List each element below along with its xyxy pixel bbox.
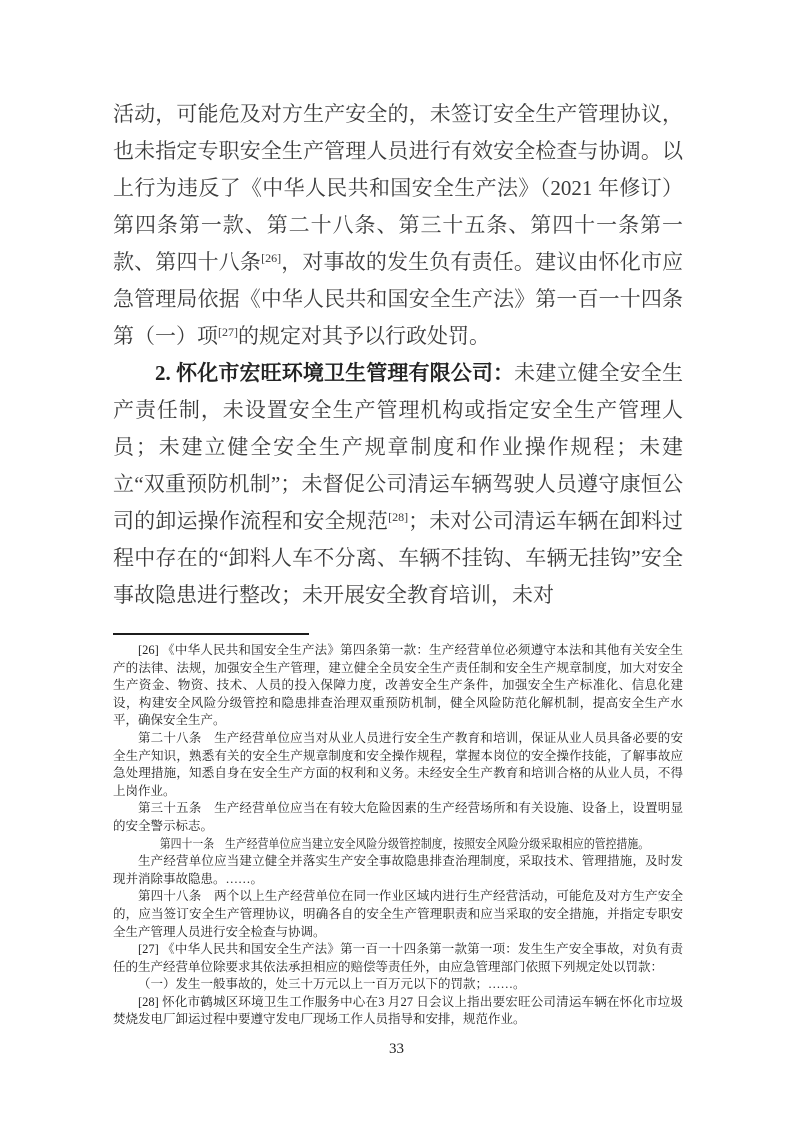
- footnote-26-paragraph-4-text: 第四十一条 生产经营单位应当建立安全风险分级管控制度，按照安全风险分级采取相应的…: [138, 836, 649, 854]
- footnote-26-paragraph-6: 第四十八条 两个以上生产经营单位在同一作业区域内进行生产经营活动，可能危及对方生…: [113, 888, 683, 941]
- footnote-28-paragraph-1: [28] 怀化市鹤城区环境卫生工作服务中心在3 月27 日会议上指出要宏旺公司清…: [113, 994, 683, 1029]
- footnote-ref-28: [28]: [388, 510, 408, 524]
- footnote-26-paragraph-2: 第二十八条 生产经营单位应当对从业人员进行安全生产教育和培训，保证从业人员具备必…: [113, 730, 683, 800]
- footnote-27-paragraph-2: （一）发生一般事故的，处三十万元以上一百万元以下的罚款；……。: [113, 976, 683, 994]
- footnote-26-paragraph-3: 第三十五条 生产经营单位应当在有较大危险因素的生产经营场所和有关设施、设备上，设…: [113, 800, 683, 835]
- company-name-heading: 2. 怀化市宏旺环境卫生管理有限公司：: [155, 361, 514, 385]
- footnote-26-paragraph-4: 第四十一条 生产经营单位应当建立安全风险分级管控制度，按照安全风险分级采取相应的…: [113, 836, 683, 854]
- footnote-26-paragraph-1: [26] 《中华人民共和国安全生产法》第四条第一款：生产经营单位必须遵守本法和其…: [113, 642, 683, 730]
- paragraph-company-2: 2. 怀化市宏旺环境卫生管理有限公司：未建立健全安全生产责任制，未设置安全生产管…: [113, 355, 683, 614]
- footnote-ref-27: [27]: [218, 325, 238, 339]
- document-page: 活动，可能危及对方生产安全的，未签订安全生产管理协议，也未指定专职安全生产管理人…: [0, 0, 793, 1122]
- main-text-block: 活动，可能危及对方生产安全的，未签订安全生产管理协议，也未指定专职安全生产管理人…: [113, 96, 683, 614]
- paragraph-responsibility: 活动，可能危及对方生产安全的，未签订安全生产管理协议，也未指定专职安全生产管理人…: [113, 96, 683, 355]
- footnote-ref-26: [26]: [261, 251, 281, 265]
- page-number: 33: [0, 1041, 793, 1058]
- footnotes-section: [26] 《中华人民共和国安全生产法》第四条第一款：生产经营单位必须遵守本法和其…: [113, 642, 683, 1029]
- footnote-27-paragraph-1: [27] 《中华人民共和国安全生产法》第一百一十四条第一款第一项：发生生产安全事…: [113, 941, 683, 976]
- para1-text-c: 的规定对其予以行政处罚。: [238, 324, 490, 348]
- para2-text-a: 未建立健全安全生产责任制，未设置安全生产管理机构或指定安全生产管理人员；未建立健…: [113, 361, 683, 533]
- para1-text-a: 活动，可能危及对方生产安全的，未签订安全生产管理协议，也未指定专职安全生产管理人…: [113, 102, 683, 274]
- footnote-separator-line: [113, 633, 309, 635]
- footnote-26-paragraph-5: 生产经营单位应当建立健全并落实生产安全事故隐患排查治理制度，采取技术、管理措施，…: [113, 853, 683, 888]
